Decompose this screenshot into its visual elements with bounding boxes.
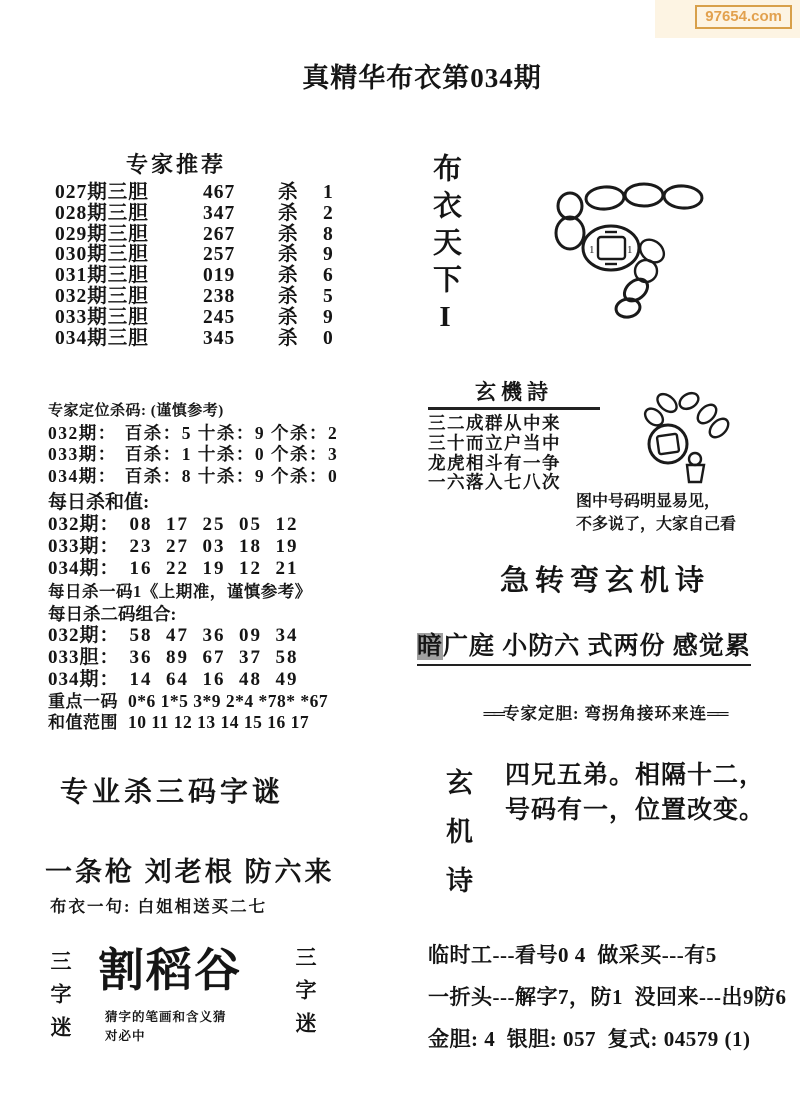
row-label: 034期： xyxy=(48,558,120,579)
row-label: 034期： xyxy=(48,466,117,486)
row-label: 033期： xyxy=(48,444,117,464)
kill-position-row: 033期：百杀：1 十杀：0 个杀：3 xyxy=(48,444,420,465)
kill-label: 杀 xyxy=(278,204,323,225)
kill-two-row: 033胆：36 89 67 37 58 xyxy=(48,647,420,669)
turn-poem-title: 急转弯玄机诗 xyxy=(420,558,790,599)
table-row: 034期三胆345杀0 xyxy=(55,329,355,350)
period-cell: 032期三胆 xyxy=(55,287,203,308)
period-cell: 030期三胆 xyxy=(55,245,203,266)
row-values: 14 64 16 48 49 xyxy=(130,669,299,690)
mystery-poem-lines: 四兄五弟。相隔十二， 号码有一，位置改变。 xyxy=(505,758,765,828)
bead-number-drawing: 1 1 xyxy=(548,178,728,328)
code-cell: 238 xyxy=(203,287,278,308)
table-row: 029期三胆267杀8 xyxy=(55,225,355,246)
three-char-riddle: 割稻谷 xyxy=(98,934,242,1000)
kill-num: 9 xyxy=(323,308,343,329)
kill-num: 8 xyxy=(323,225,343,246)
period-cell: 028期三胆 xyxy=(55,204,203,225)
period-cell: 031期三胆 xyxy=(55,266,203,287)
row-label: 032期： xyxy=(48,625,120,646)
dash-ornament: ══ xyxy=(484,704,503,723)
kill-label: 杀 xyxy=(278,225,323,246)
row-label: 032期： xyxy=(48,514,120,535)
poem-line: 四兄五弟。相隔十二， xyxy=(505,758,765,793)
sum-range-line: 和值范围10 11 12 13 14 15 16 17 xyxy=(48,712,420,733)
table-row: 030期三胆257杀9 xyxy=(55,245,355,266)
note-line: 猜字的笔画和含义猜 xyxy=(105,1008,227,1027)
row-values: 36 89 67 37 58 xyxy=(130,647,299,668)
dash-ornament: ══ xyxy=(707,704,726,723)
kill-position-row: 034期：百杀：8 十杀：9 个杀：0 xyxy=(48,466,420,487)
kill-num: 6 xyxy=(323,266,343,287)
row-values: 08 17 25 05 12 xyxy=(130,514,299,535)
kill-label: 杀 xyxy=(278,308,323,329)
row-values: 16 22 19 12 21 xyxy=(130,558,299,579)
row-values: 0*6 1*5 3*9 2*4 *78* *67 xyxy=(128,691,328,711)
poem-line: 一六落入七八次 xyxy=(428,473,600,493)
period-cell: 029期三胆 xyxy=(55,225,203,246)
mystery-poem-box: 玄機詩 三二成群从中来 三十而立户当中 龙虎相斗有一争 一六落入七八次 xyxy=(428,376,600,493)
kill-label: 杀 xyxy=(278,329,323,350)
code-cell: 245 xyxy=(203,308,278,329)
kill-sum-heading: 每日杀和值: xyxy=(48,491,420,514)
prediction-line: 临时工---看号0 4 做采买---有5 xyxy=(428,934,798,976)
row-label: 032期： xyxy=(48,423,117,443)
caption-line: 不多说了，大家自己看 xyxy=(576,513,736,536)
kill-sections: 专家定位杀码: (谨慎参考) 032期：百杀：5 十杀：9 个杀：2 033期：… xyxy=(48,399,420,733)
kill-sum-row: 034期：16 22 19 12 21 xyxy=(48,558,420,580)
kill-two-heading: 每日杀二码组合: xyxy=(48,603,420,625)
period-cell: 033期三胆 xyxy=(55,308,203,329)
row-values: 百杀：8 十杀：9 个杀：0 xyxy=(125,466,339,486)
prediction-line: 金胆: 4 银胆: 057 复式: 04579 (1) xyxy=(428,1018,798,1060)
bead-hint-drawing xyxy=(640,383,800,488)
code-cell: 019 xyxy=(203,266,278,287)
kill-num: 9 xyxy=(323,245,343,266)
expert-dan-line: ══专家定胆: 弯拐角接环来连══ xyxy=(420,700,790,724)
turn-poem-line: 暗广庭 小防六 式两份 感觉累 xyxy=(417,626,751,666)
kill-num: 2 xyxy=(323,204,343,225)
three-char-note: 猜字的笔画和含义猜 对必中 xyxy=(105,1008,227,1046)
poem-line: 号码有一，位置改变。 xyxy=(505,793,765,828)
poem-line: 龙虎相斗有一争 xyxy=(428,454,600,474)
row-label: 和值范围 xyxy=(48,713,118,732)
kill-label: 杀 xyxy=(278,245,323,266)
kill-label: 杀 xyxy=(278,183,323,204)
three-char-side-left: 三字迷 xyxy=(45,950,75,1049)
poem-line: 三二成群从中来 xyxy=(428,414,600,434)
row-label: 033胆： xyxy=(48,647,120,668)
kill-position-row: 032期：百杀：5 十杀：9 个杀：2 xyxy=(48,423,420,444)
lottery-sheet-page: 97654.com 真精华布衣第034期 专家推荐 027期三胆467杀1 02… xyxy=(0,0,800,1114)
row-label: 034期： xyxy=(48,669,120,690)
drawing-caption: 图中号码明显易见， 不多说了，大家自己看 xyxy=(576,490,736,536)
period-cell: 027期三胆 xyxy=(55,183,203,204)
kill-two-row: 034期：14 64 16 48 49 xyxy=(48,669,420,691)
table-row: 031期三胆019杀6 xyxy=(55,266,355,287)
row-values: 58 47 36 09 34 xyxy=(130,625,299,646)
code-cell: 257 xyxy=(203,245,278,266)
table-row: 032期三胆238杀5 xyxy=(55,287,355,308)
row-values: 10 11 12 13 14 15 16 17 xyxy=(128,712,309,732)
kill-num: 5 xyxy=(323,287,343,308)
row-label: 033期： xyxy=(48,536,120,557)
code-cell: 347 xyxy=(203,204,278,225)
poem-line: 三十而立户当中 xyxy=(428,434,600,454)
puzzle-title: 专业杀三码字谜 xyxy=(60,770,284,810)
table-row: 033期三胆245杀9 xyxy=(55,308,355,329)
code-cell: 467 xyxy=(203,183,278,204)
row-label: 重点一码 xyxy=(48,692,118,711)
puzzle-line: 一条枪 刘老根 防六来 xyxy=(45,850,335,889)
expert-recommend-heading: 专家推荐 xyxy=(0,148,352,179)
svg-text:1: 1 xyxy=(627,244,633,256)
kill-label: 杀 xyxy=(278,287,323,308)
site-badge: 97654.com xyxy=(695,5,792,29)
kill-two-row: 032期：58 47 36 09 34 xyxy=(48,625,420,647)
kill-label: 杀 xyxy=(278,266,323,287)
expert-recommend-table: 027期三胆467杀1 028期三胆347杀2 029期三胆267杀8 030期… xyxy=(55,183,355,349)
highlighted-char: 暗 xyxy=(417,633,443,660)
mystery-poem-vertical-label: 玄机诗 xyxy=(438,768,477,915)
row-values: 23 27 03 18 19 xyxy=(130,536,299,557)
note-line: 对必中 xyxy=(105,1027,227,1046)
kill-num: 0 xyxy=(323,329,343,350)
kill-sum-row: 033期：23 27 03 18 19 xyxy=(48,536,420,558)
three-char-side-right: 三字迷 xyxy=(290,946,320,1045)
table-row: 028期三胆347杀2 xyxy=(55,204,355,225)
key-one-line: 重点一码0*6 1*5 3*9 2*4 *78* *67 xyxy=(48,691,420,712)
period-cell: 034期三胆 xyxy=(55,329,203,350)
page-title: 真精华布衣第034期 xyxy=(302,56,542,95)
turn-poem-rest: 广庭 小防六 式两份 感觉累 xyxy=(443,633,751,660)
puzzle-sentence: 布衣一句: 白姐相送买二七 xyxy=(50,893,267,917)
table-row: 027期三胆467杀1 xyxy=(55,183,355,204)
mystery-poem-title: 玄機詩 xyxy=(428,376,600,410)
kill-sum-row: 032期：08 17 25 05 12 xyxy=(48,514,420,536)
code-cell: 267 xyxy=(203,225,278,246)
expert-dan-text: 专家定胆: 弯拐角接环来连 xyxy=(503,704,707,723)
prediction-line: 一折头---解字7，防1 没回来---出9防6 xyxy=(428,976,798,1018)
caption-line: 图中号码明显易见， xyxy=(576,490,736,513)
buyi-tianxia-banner: 布衣天下I xyxy=(425,153,466,341)
kill-position-heading: 专家定位杀码: (谨慎参考) xyxy=(48,399,420,420)
row-values: 百杀：5 十杀：9 个杀：2 xyxy=(125,423,339,443)
site-badge-strip: 97654.com xyxy=(655,0,800,38)
svg-text:1: 1 xyxy=(589,244,595,256)
kill-num: 1 xyxy=(323,183,343,204)
row-values: 百杀：1 十杀：0 个杀：3 xyxy=(125,444,339,464)
bottom-predictions: 临时工---看号0 4 做采买---有5 一折头---解字7，防1 没回来---… xyxy=(428,934,798,1060)
code-cell: 345 xyxy=(203,329,278,350)
kill-one-line: 每日杀一码1《上期准，谨慎参考》 xyxy=(48,580,420,603)
